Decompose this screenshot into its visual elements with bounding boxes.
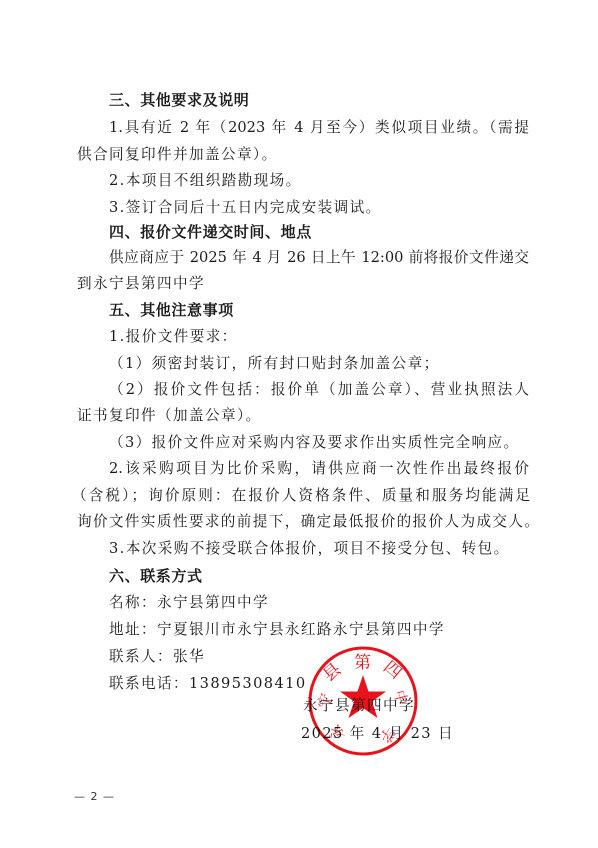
note-3: 3.本次采购不接受联合体报价，项目不接受分包、转包。 bbox=[109, 536, 529, 562]
requirement-1-line-1: 1.具有近 2 年（2023 年 4 月至今）类似项目业绩。（需提 bbox=[109, 115, 529, 141]
requirement-2: 2.本项目不组织踏勘现场。 bbox=[109, 168, 529, 194]
section-heading-notes: 五、其他注意事项 bbox=[109, 297, 529, 323]
requirement-3: 3.签订合同后十五日内完成安装调试。 bbox=[109, 195, 529, 221]
note-1-item-3: （3）报价文件应对采购内容及要求作出实质性完全响应。 bbox=[109, 430, 529, 456]
signature-date: 2025 年 4 月 23 日 bbox=[301, 721, 454, 747]
submission-line-1: 供应商应于 2025 年 4 月 26 日上午 12:00 前将报价文件递交 bbox=[109, 245, 529, 271]
document-page: 三、其他要求及说明 1.具有近 2 年（2023 年 4 月至今）类似项目业绩。… bbox=[0, 0, 598, 848]
note-1: 1.报价文件要求： bbox=[109, 324, 529, 350]
contact-address: 地址：宁夏银川市永宁县永红路永宁县第四中学 bbox=[109, 617, 529, 643]
note-1-item-2-line-1: （2）报价文件包括：报价单（加盖公章）、营业执照法人 bbox=[109, 377, 529, 403]
contact-person: 联系人：张华 bbox=[109, 644, 529, 670]
note-1-item-1: （1）须密封装订，所有封口贴封条加盖公章； bbox=[109, 351, 529, 377]
page-number: — 2 — bbox=[74, 790, 115, 803]
note-2-line-1: 2.该采购项目为比价采购，请供应商一次性作出最终报价 bbox=[109, 456, 529, 482]
note-1-item-2-line-2: 证书复印件（加盖公章）。 bbox=[77, 403, 529, 429]
section-heading-submission-time-place: 四、报价文件递交时间、地点 bbox=[109, 219, 529, 245]
section-heading-contact: 六、联系方式 bbox=[109, 563, 529, 589]
note-2-line-3: 询价文件实质性要求的前提下，确定最低报价的报价人为成交人。 bbox=[77, 509, 539, 535]
submission-line-2: 到永宁县第四中学 bbox=[77, 271, 529, 297]
contact-name: 名称：永宁县第四中学 bbox=[109, 590, 529, 616]
section-heading-other-requirements: 三、其他要求及说明 bbox=[109, 87, 529, 113]
signature-organization: 永宁县第四中学 bbox=[303, 693, 415, 719]
requirement-1-line-2: 供合同复印件并加盖公章）。 bbox=[77, 142, 529, 168]
note-2-line-2: （含税）；询价原则：在报价人资格条件、质量和服务均能满足 bbox=[72, 483, 530, 509]
